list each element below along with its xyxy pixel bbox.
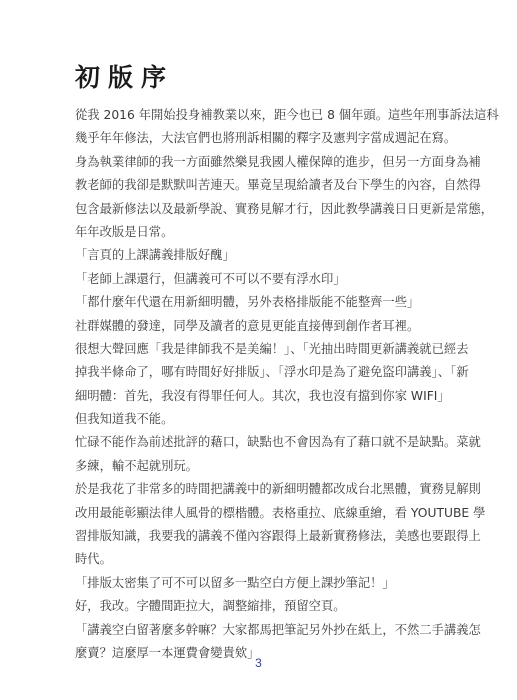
text-line: 多練，輸不起就別玩。 xyxy=(75,455,455,478)
text-line: 包含最新修法以及最新學說、實務見解才行，因此教學講義日日更新是常態， xyxy=(75,198,455,221)
text-line: 忙碌不能作為前述批評的藉口，缺點也不會因為有了藉口就不是缺點。菜就 xyxy=(75,431,455,454)
text-line: 好，我改。字體間距拉大，調整縮排，預留空頁。 xyxy=(75,595,455,618)
text-line: 教老師的我卻是默默叫苦連天。畢竟呈現給讀者及台下學生的內容，自然得 xyxy=(75,174,455,197)
text-line: 但我知道我不能。 xyxy=(75,408,455,431)
body-text: 從我 2016 年開始投身補教業以來，距今也已 8 個年頭。這些年刑事訴法這科 … xyxy=(75,104,455,665)
document-page: 初版序 從我 2016 年開始投身補教業以來，距今也已 8 個年頭。這些年刑事訴… xyxy=(0,0,517,700)
quote-line: 「言頁的上課講義排版好醜」 xyxy=(75,244,455,267)
text-line: 從我 2016 年開始投身補教業以來，距今也已 8 個年頭。這些年刑事訴法這科 xyxy=(75,104,455,127)
quote-line: 「講義空白留著麼多幹嘛？大家都馬把筆記另外抄在紙上，不然二手講義怎 xyxy=(75,619,455,642)
text-line: 社群媒體的發達，同學及讀者的意見更能直接傳到創作者耳裡。 xyxy=(75,315,455,338)
page-title: 初版序 xyxy=(75,58,174,94)
page-number: 3 xyxy=(0,656,517,670)
text-line: 時代。 xyxy=(75,548,455,571)
text-line: 身為執業律師的我一方面雖然樂見我國人權保障的進步，但另一方面身為補 xyxy=(75,151,455,174)
text-line: 細明體：首先，我沒有得罪任何人。其次，我也沒有擋到你家 WIFI」 xyxy=(75,385,455,408)
text-line: 習排版知識，我要我的講義不僅內容跟得上最新實務修法，美感也要跟得上 xyxy=(75,525,455,548)
text-line: 於是我花了非常多的時間把講義中的新細明體都改成台北黑體，實務見解則 xyxy=(75,478,455,501)
quote-line: 「排版太密集了可不可以留多一點空白方便上課抄筆記！」 xyxy=(75,572,455,595)
text-line: 幾乎年年修法，大法官們也將刑訴相關的釋字及憲判字當成週記在寫。 xyxy=(75,127,455,150)
quote-line: 「都什麼年代還在用新細明體，另外表格排版能不能整齊一些」 xyxy=(75,291,455,314)
text-line: 很想大聲回應「我是律師我不是美編！」、「光抽出時間更新講義就已經去 xyxy=(75,338,455,361)
text-line: 改用最能彰顯法律人風骨的標楷體。表格重拉、底線重繪，看 YOUTUBE 學 xyxy=(75,502,455,525)
text-line: 掉我半條命了，哪有時間好好排版」、「浮水印是為了避免盜印講義」、「新 xyxy=(75,361,455,384)
text-line: 年年改版是日常。 xyxy=(75,221,455,244)
quote-line: 「老師上課還行，但講義可不可以不要有浮水印」 xyxy=(75,268,455,291)
